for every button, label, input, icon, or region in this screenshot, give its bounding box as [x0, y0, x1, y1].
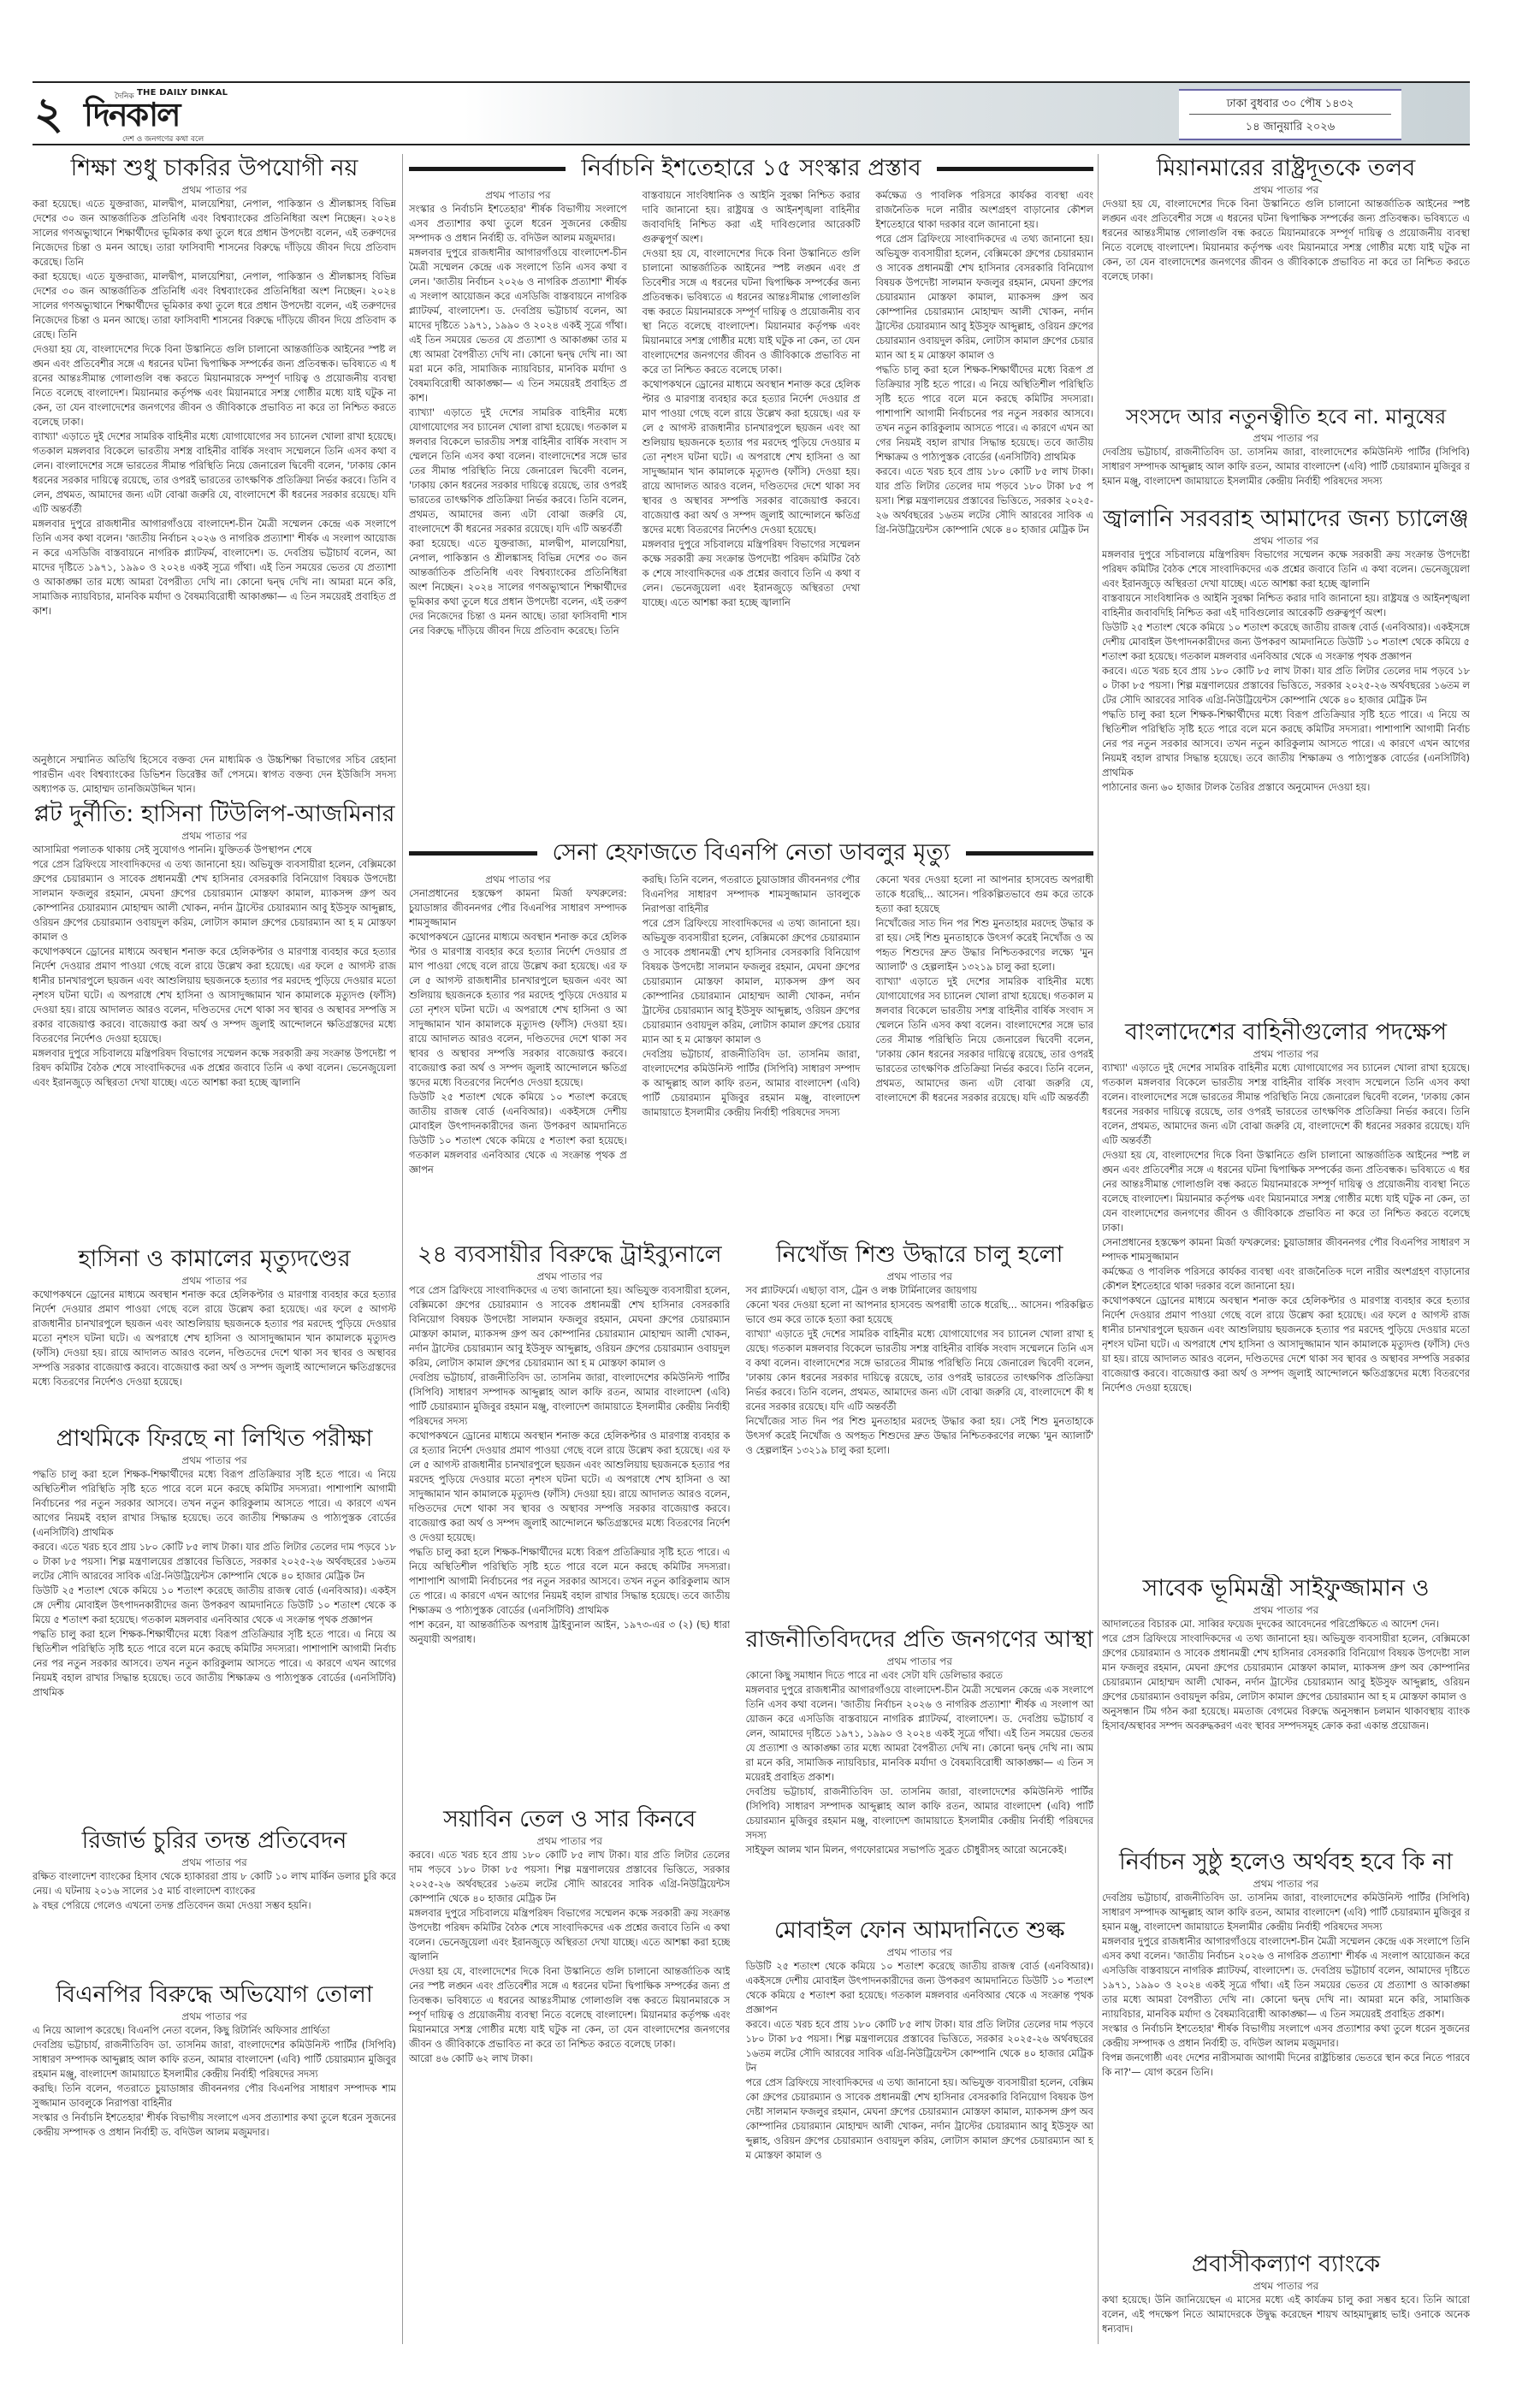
- article-ending: বিপন্ন জনগোষ্ঠী এবং দেশের নারীসমাজ আগামী…: [1102, 2051, 1470, 2080]
- article-body-continued: সেনাপ্রধানের হস্তক্ষেপ কামনা মির্জা ফখরু…: [1102, 1235, 1470, 1264]
- headline[interactable]: ২৪ ব্যবসায়ীর বিরুদ্ধে ট্রাইব্যুনালে: [409, 1240, 730, 1270]
- article-nikhoj[interactable]: নিখোঁজ শিশু উদ্ধারে চালু হলো প্রথম পাতার…: [745, 1240, 1093, 1625]
- article-shiksha[interactable]: শিক্ষা শুধু চাকরির উপযোগী নয় প্রথম পাতা…: [33, 154, 396, 753]
- article-body-continued: করা হয়েছে। এতে যুক্তরাজ্য, মালদ্বীপ, মা…: [33, 269, 396, 342]
- article-body-continued: মঙ্গলবার দুপুরে রাজধানীর আগারগাঁওয়ে বাং…: [33, 517, 396, 619]
- headline[interactable]: নির্বাচন সুষ্ঠু হলেও অর্থবহ হবে কি না: [1102, 1848, 1470, 1877]
- article-ending: অনুসন্ধান টিম গঠন করা হয়েছে। মমতাজ বেগম…: [1102, 1704, 1470, 1733]
- article-body: করবে। এতে খরচ হবে প্রায় ১৮০ কোটি ৮৫ লাখ…: [409, 1848, 730, 1906]
- continued-label: প্রথম পাতার পর: [1102, 183, 1470, 197]
- article-prathomik[interactable]: প্রাথমিকে ফিরছে না লিখিত পরীক্ষা প্রথম প…: [33, 1424, 396, 1827]
- article-songsod[interactable]: সংসদে আর নতুনত্বীতি হবে না. মানুষের প্রথ…: [1102, 402, 1470, 505]
- date-bengali: ঢাকা বুধবার ৩০ পৌষ ১৪৩২: [1189, 91, 1391, 115]
- headline[interactable]: সয়াবিন তেল ও সার কিনবে: [409, 1805, 730, 1834]
- article-body: কথোপকথনে ড্রোনের মাধ্যমে অবস্থান শনাক্ত …: [33, 1288, 396, 1389]
- continued-label: প্রথম পাতার পর: [409, 1270, 730, 1283]
- continued-label: প্রথম পাতার পর: [745, 1270, 1093, 1283]
- article-body-continued: সংস্কার ও নির্বাচনি ইশতেহার' শীর্ষক বিভা…: [33, 2111, 396, 2140]
- column-divider: [1098, 154, 1099, 2344]
- article-body-continued: দেওয়া হয় যে, বাংলাদেশের দিকে বিনা উস্ক…: [33, 342, 396, 429]
- continued-label: প্রথম পাতার পর: [33, 1856, 396, 1869]
- continued-label: প্রথম পাতার পর: [33, 2010, 396, 2023]
- article-body-continued: কর্মক্ষেত্র ও পাবলিক পরিসরে কার্যকর ব্যব…: [1102, 1264, 1470, 1294]
- continued-label: প্রথম পাতার পর: [33, 1454, 396, 1467]
- continued-label: প্রথম পাতার পর: [409, 873, 627, 886]
- right-column: মিয়ানমারের রাষ্ট্রদূতকে তলব প্রথম পাতার…: [1102, 154, 1470, 2361]
- article-nirbachon-sushthu[interactable]: নির্বাচন সুষ্ঠু হলেও অর্থবহ হবে কি না প্…: [1102, 1848, 1470, 2250]
- article-body-continued: কথোপকথনে ড্রোনের মাধ্যমে অবস্থান শনাক্ত …: [33, 944, 396, 1046]
- headline[interactable]: প্রবাসীকল্যাণ ব্যাংকে: [1102, 2250, 1470, 2279]
- article-ending: অনুষ্ঠানে সম্মানিত অতিথি হিসেবে বক্তব্য …: [33, 753, 396, 796]
- headline[interactable]: বিএনপির বিরুদ্ধে অভিযোগ তোলা: [33, 1981, 396, 2010]
- article-body: করছি। তিনি বলেন, গতরাতে চুয়াডাঙ্গার জীব…: [643, 873, 861, 916]
- article-body: সংস্কার ও নির্বাচনি ইশতেহার' শীর্ষক বিভা…: [409, 202, 627, 246]
- article-body-continued: কথোপকথনে ড্রোনের মাধ্যমে অবস্থান শনাক্ত …: [409, 1429, 730, 1545]
- headline[interactable]: নির্বাচনি ইশতেহারে ১৫ সংস্কার প্রস্তাব: [581, 154, 921, 183]
- article-body: দেবপ্রিয় ভট্টাচার্য, রাজনীতিবিদ ডা. তাস…: [745, 1785, 1093, 1843]
- article-ending: ৯ বছর পেরিয়ে গেলেও এখনো তদন্ত প্রতিবেদন…: [33, 1898, 396, 1913]
- article-body: আসামিরা পলাতক থাকায় সেই সুযোগও পাননি। য…: [33, 843, 396, 857]
- article-plot[interactable]: প্লট দুর্নীতি: হাসিনা টিউলিপ-আজমিনার প্র…: [33, 800, 396, 1245]
- headline[interactable]: মিয়ানমারের রাষ্ট্রদূতকে তলব: [1102, 154, 1470, 183]
- continued-label: প্রথম পাতার পর: [409, 188, 627, 202]
- article-column: কেনো খবর দেওয়া হলো না আপনার হাসবেন্ড অপ…: [875, 873, 1093, 1177]
- article-body: মঙ্গলবার দুপুরে রাজধানীর আগারগাঁওয়ে বাং…: [1102, 1934, 1470, 2022]
- article-ending: আরো ৪৬ কোটি ৬২ লাখ টাকা।: [409, 2052, 730, 2066]
- article-body-continued: ব্যাখ্যা' এড়াতে দুই দেশের সামরিক বাহিনী…: [33, 429, 396, 517]
- article-body: দেওয়া হয় যে, বাংলাদেশের দিকে বিনা উস্ক…: [1102, 197, 1470, 284]
- article-body-continued: মঙ্গলবার দুপুরে সচিবালয়ে মন্ত্রিপরিষদ ব…: [33, 1046, 396, 1090]
- article-nirbachoni[interactable]: নির্বাচনি ইশতেহারে ১৫ সংস্কার প্রস্তাব প…: [409, 154, 1093, 838]
- article-ending: নিখোঁজের সাত দিন পর শিশু মুনতাহার মরদেহ …: [745, 1414, 1093, 1458]
- article-body-continued: কেনো খবর দেওয়া হলো না আপনার হাসবেন্ড অপ…: [745, 1298, 1093, 1327]
- article-hasina-kamal[interactable]: হাসিনা ও কামালের মৃত্যুদণ্ডের প্রথম পাতা…: [33, 1245, 396, 1424]
- article-rajnitibid[interactable]: রাজনীতিবিদদের প্রতি জনগণের আস্থা প্রথম প…: [745, 1625, 1093, 1916]
- article-jvalani[interactable]: জ্বালানি সরবরাহ আমাদের জন্য চ্যালেঞ্জ প্…: [1102, 505, 1470, 1018]
- article-body: আদালতের বিচারক মো. সাব্বির ফয়েজ দুদকের …: [1102, 1617, 1470, 1631]
- article-body: সেনাপ্রধানের হস্তক্ষেপ কামনা মির্জা ফখরু…: [409, 886, 627, 930]
- article-body-continued: দেবপ্রিয় ভট্টাচার্য, রাজনীতিবিদ ডা. তাস…: [33, 2038, 396, 2081]
- article-body-continued: কথোপকথনে ড্রোনের মাধ্যমে অবস্থান শনাক্ত …: [409, 930, 627, 1090]
- article-body-continued: দেওয়া হয় যে, বাংলাদেশের দিকে বিনা উস্ক…: [1102, 1148, 1470, 1235]
- left-column: শিক্ষা শুধু চাকরির উপযোগী নয় প্রথম পাতা…: [33, 154, 396, 2306]
- article-body: এ নিয়ে আলাপ করেছে। বিএনপি নেতা বলেন, কি…: [33, 2023, 396, 2038]
- center-column: নির্বাচনি ইশতেহারে ১৫ সংস্কার প্রস্তাব প…: [409, 154, 1093, 2241]
- article-reserve[interactable]: রিজার্ভ চুরির তদন্ত প্রতিবেদন প্রথম পাতা…: [33, 1827, 396, 1981]
- article-body: রক্ষিত বাংলাদেশ ব্যাংকের হিসাব থেকে হ্যা…: [33, 1869, 396, 1898]
- article-probashi[interactable]: প্রবাসীকল্যাণ ব্যাংকে প্রথম পাতার পর কথা…: [1102, 2250, 1470, 2361]
- article-body-continued: সংস্কার ও নির্বাচনি ইশতেহার' শীর্ষক বিভা…: [1102, 2022, 1470, 2051]
- continued-label: প্রথম পাতার পর: [1102, 1603, 1470, 1617]
- newspaper-logo[interactable]: দৈনিক THE DAILY DINKAL দিনকাল দেশ ও জনগণ…: [84, 86, 195, 145]
- article-body-continued: নিখোঁজের সাত দিন পর শিশু মুনতাহার মরদেহ …: [875, 916, 1093, 974]
- headline[interactable]: সংসদে আর নতুনত্বীতি হবে না. মানুষের: [1102, 402, 1470, 431]
- center-lower-left: ২৪ ব্যবসায়ীর বিরুদ্ধে ট্রাইব্যুনালে প্র…: [409, 1240, 730, 2241]
- article-body: করা হয়েছে। এতে যুক্তরাজ্য, মালদ্বীপ, মা…: [33, 197, 396, 269]
- article-body: কোনো কিছু সমাধান দিতে পারে না এবং সেটা য…: [745, 1668, 1093, 1683]
- article-body-continued: ডিউটি ২৫ শতাংশ থেকে কমিয়ে ১০ শতাংশ করেছ…: [33, 1584, 396, 1627]
- masthead: ২ দৈনিক THE DAILY DINKAL দিনকাল দেশ ও জন…: [33, 81, 1470, 145]
- article-column: প্রথম পাতার পর সেনাপ্রধানের হস্তক্ষেপ কা…: [409, 873, 627, 1177]
- article-body: ব্যাখ্যা' এড়াতে দুই দেশের সামরিক বাহিনী…: [1102, 1061, 1470, 1148]
- date-gregorian: ১৪ জানুয়ারি ২০২৬: [1179, 115, 1401, 137]
- article-column: করছি। তিনি বলেন, গতরাতে চুয়াডাঙ্গার জীব…: [643, 873, 861, 1177]
- continued-label: প্রথম পাতার পর: [1102, 534, 1470, 548]
- headline-rule: [409, 167, 566, 171]
- article-ending: পাশ করেন, যা আন্তর্জাতিক অপরাধ ট্রাইব্যু…: [409, 1618, 730, 1647]
- article-body: ডিউটি ২৫ শতাংশ থেকে কমিয়ে ১০ শতাংশ করেছ…: [745, 1959, 1093, 2017]
- headline[interactable]: জ্বালানি সরবরাহ আমাদের জন্য চ্যালেঞ্জ: [1102, 505, 1470, 534]
- headline-row: নির্বাচনি ইশতেহারে ১৫ সংস্কার প্রস্তাব: [409, 154, 1093, 183]
- headline[interactable]: সাবেক ভূমিমন্ত্রী সাইফুজ্জামান ও: [1102, 1574, 1470, 1603]
- article-body: সব প্ল্যাটফর্মে। এছাড়া বাস, ট্রেন ও লঞ্…: [745, 1283, 1093, 1298]
- article-body-continued: ব্যাখ্যা' এড়াতে দুই দেশের সামরিক বাহিনী…: [875, 974, 1093, 1105]
- continued-label: প্রথম পাতার পর: [1102, 1047, 1470, 1061]
- headline[interactable]: প্লট দুর্নীতি: হাসিনা টিউলিপ-আজমিনার: [33, 800, 396, 829]
- logo-tagline: দেশ ও জনগণের কথা বলে: [122, 133, 204, 145]
- article-body-continued: মঙ্গলবার দুপুরে সচিবালয়ে মন্ত্রিপরিষদ ব…: [643, 537, 861, 610]
- headline[interactable]: শিক্ষা শুধু চাকরির উপযোগী নয়: [33, 154, 396, 183]
- column-divider: [402, 154, 403, 2344]
- article-body-continued: করবে। এতে খরচ হবে প্রায় ১৮০ কোটি ৮৫ লাখ…: [875, 465, 1093, 537]
- article-body-continued: করছি। তিনি বলেন, গতরাতে চুয়াডাঙ্গার জীব…: [33, 2081, 396, 2111]
- article-body: দেবপ্রিয় ভট্টাচার্য, রাজনীতিবিদ ডা. তাস…: [1102, 445, 1470, 488]
- article-body-continued: পদ্ধতি চালু করা হলে শিক্ষক-শিক্ষার্থীদের…: [875, 363, 1093, 465]
- article-body-continued: কথোপকথনে ড্রোনের মাধ্যমে অবস্থান শনাক্ত …: [1102, 1294, 1470, 1395]
- article-ending: পাঠানোর জন্য ৬০ হাজার টালক তৈরির প্রস্তা…: [1102, 780, 1470, 795]
- article-mobile[interactable]: মোবাইল ফোন আমদানিতে শুল্ক প্রথম পাতার পর…: [745, 1916, 1093, 2241]
- date-box: ঢাকা বুধবার ৩০ পৌষ ১৪৩২ ১৪ জানুয়ারি ২০২…: [1179, 89, 1401, 140]
- article-sena[interactable]: সেনা হেফাজতে বিএনপি নেতা ডাবলুর মৃত্যু প…: [409, 838, 1093, 1240]
- continued-label: প্রথম পাতার পর: [33, 183, 396, 197]
- headline-rule: [966, 851, 1093, 856]
- headline[interactable]: সেনা হেফাজতে বিএনপি নেতা ডাবলুর মৃত্যু: [553, 838, 951, 867]
- article-body-continued: মঙ্গলবার দুপুরে রাজধানীর আগারগাঁওয়ে বাং…: [409, 246, 627, 406]
- article-soybean[interactable]: সয়াবিন তেল ও সার কিনবে প্রথম পাতার পর ক…: [409, 1805, 730, 2216]
- article-body-continued: পদ্ধতি চালু করা হলে শিক্ষক-শিক্ষার্থীদের…: [409, 1545, 730, 1618]
- article-body-continued: করবে। এতে খরচ হবে প্রায় ১৮০ কোটি ৮৫ লাখ…: [745, 2017, 1093, 2075]
- article-bnp-obhijog[interactable]: বিএনপির বিরুদ্ধে অভিযোগ তোলা প্রথম পাতার…: [33, 1981, 396, 2306]
- continued-label: প্রথম পাতার পর: [1102, 2279, 1470, 2293]
- logo-main-text: দিনকাল: [84, 97, 179, 133]
- continued-label: প্রথম পাতার পর: [33, 829, 396, 843]
- article-body-continued: দেওয়া হয় যে, বাংলাদেশের দিকে বিনা উস্ক…: [643, 246, 861, 377]
- article-ending: সাইফুল আলম খান মিলন, গণফোরামের সভাপতি সু…: [745, 1843, 1093, 1857]
- headline[interactable]: মোবাইল ফোন আমদানিতে শুল্ক: [745, 1916, 1093, 1945]
- continued-label: প্রথম পাতার পর: [745, 1945, 1093, 1959]
- article-body-continued: পরে প্রেস ব্রিফিংয়ে সাংবাদিকদের এ তথ্য …: [33, 857, 396, 944]
- article-body-continued: বাস্তবায়নে সাংবিধানিক ও আইনি সুরক্ষা নি…: [1102, 591, 1470, 620]
- article-body: মঙ্গলবার দুপুরে সচিবালয়ে মন্ত্রিপরিষদ ব…: [1102, 548, 1470, 591]
- headline[interactable]: হাসিনা ও কামালের মৃত্যুদণ্ডের: [33, 1245, 396, 1274]
- article-body-continued: ডিউটি ২৫ শতাংশ থেকে কমিয়ে ১০ শতাংশ করেছ…: [409, 1090, 627, 1177]
- article-body-continued: করবে। এতে খরচ হবে প্রায় ১৮০ কোটি ৮৫ লাখ…: [33, 1540, 396, 1584]
- article-byabosayi[interactable]: ২৪ ব্যবসায়ীর বিরুদ্ধে ট্রাইব্যুনালে প্র…: [409, 1240, 730, 1805]
- headline[interactable]: রিজার্ভ চুরির তদন্ত প্রতিবেদন: [33, 1827, 396, 1856]
- continued-label: প্রথম পাতার পর: [33, 1274, 396, 1288]
- article-myanmar[interactable]: মিয়ানমারের রাষ্ট্রদূতকে তলব প্রথম পাতার…: [1102, 154, 1470, 402]
- article-body-continued: ডিউটি ২৫ শতাংশ থেকে কমিয়ে ১০ শতাংশ করেছ…: [1102, 620, 1470, 664]
- headline[interactable]: নিখোঁজ শিশু উদ্ধারে চালু হলো: [745, 1240, 1093, 1270]
- article-body-continued: পরে প্রেস ব্রিফিংয়ে সাংবাদিকদের এ তথ্য …: [875, 232, 1093, 363]
- article-body-continued: পরে প্রেস ব্রিফিংয়ে সাংবাদিকদের এ তথ্য …: [1102, 1631, 1470, 1704]
- article-body-continued: মঙ্গলবার দুপুরে রাজধানীর আগারগাঁওয়ে বাং…: [745, 1683, 1093, 1785]
- article-body: কেনো খবর দেওয়া হলো না আপনার হাসবেন্ড অপ…: [875, 873, 1093, 916]
- article-body-continued: করবে। এতে খরচ হবে প্রায় ১৮০ কোটি ৮৫ লাখ…: [1102, 664, 1470, 708]
- center-lower-grid: ২৪ ব্যবসায়ীর বিরুদ্ধে ট্রাইব্যুনালে প্র…: [409, 1240, 1093, 2241]
- article-body: কথা হয়েছে। উনি জানিয়েছেন এ মাসের মধ্যে…: [1102, 2293, 1470, 2336]
- center-lower-right: নিখোঁজ শিশু উদ্ধারে চালু হলো প্রথম পাতার…: [745, 1240, 1093, 2241]
- continued-label: প্রথম পাতার পর: [1102, 431, 1470, 445]
- article-body-continued: দেবপ্রিয় ভট্টাচার্য, রাজনীতিবিদ ডা. তাস…: [1102, 1891, 1470, 1934]
- article-body-continued: পদ্ধতি চালু করা হলে শিক্ষক-শিক্ষার্থীদের…: [1102, 708, 1470, 780]
- article-body-continued: কথোপকথনে ড্রোনের মাধ্যমে অবস্থান শনাক্ত …: [643, 377, 861, 537]
- newspaper-page: ২ দৈনিক THE DAILY DINKAL দিনকাল দেশ ও জন…: [33, 81, 1470, 2357]
- article-column: বাস্তবায়নে সাংবিধানিক ও আইনি সুরক্ষা নি…: [643, 188, 861, 638]
- headline[interactable]: বাংলাদেশের বাহিনীগুলোর পদক্ষেপ: [1102, 1018, 1470, 1047]
- article-body: বাস্তবায়নে সাংবিধানিক ও আইনি সুরক্ষা নি…: [643, 188, 861, 246]
- article-body-continued: করা হয়েছে। এতে যুক্তরাজ্য, মালদ্বীপ, মা…: [409, 536, 627, 638]
- page-number: ২: [34, 92, 63, 136]
- article-column: কর্মক্ষেত্র ও পাবলিক পরিসরে কার্যকর ব্যব…: [875, 188, 1093, 638]
- article-body-continued: পদ্ধতি চালু করা হলে শিক্ষক-শিক্ষার্থীদের…: [33, 1627, 396, 1700]
- article-body: কর্মক্ষেত্র ও পাবলিক পরিসরে কার্যকর ব্যব…: [875, 188, 1093, 232]
- article-body-continued: ব্যাখ্যা' এড়াতে দুই দেশের সামরিক বাহিনী…: [745, 1327, 1093, 1414]
- article-body-continued: দেবপ্রিয় ভট্টাচার্য, রাজনীতিবিদ ডা. তাস…: [409, 1371, 730, 1429]
- article-body-continued: মঙ্গলবার দুপুরে সচিবালয়ে মন্ত্রিপরিষদ ব…: [409, 1906, 730, 1964]
- article-body: পদ্ধতি চালু করা হলে শিক্ষক-শিক্ষার্থীদের…: [33, 1467, 396, 1540]
- continued-label: প্রথম পাতার পর: [409, 1834, 730, 1848]
- article-column: প্রথম পাতার পর সংস্কার ও নির্বাচনি ইশতেহ…: [409, 188, 627, 638]
- continued-label: প্রথম পাতার পর: [745, 1655, 1093, 1668]
- headline[interactable]: প্রাথমিকে ফিরছে না লিখিত পরীক্ষা: [33, 1424, 396, 1454]
- article-body-continued: পরে প্রেস ব্রিফিংয়ে সাংবাদিকদের এ তথ্য …: [643, 916, 861, 1047]
- article-bahini[interactable]: বাংলাদেশের বাহিনীগুলোর পদক্ষেপ প্রথম পাত…: [1102, 1018, 1470, 1574]
- headline-rule: [937, 167, 1093, 171]
- continued-label: প্রথম পাতার পর: [1102, 1877, 1470, 1891]
- headline-row: সেনা হেফাজতে বিএনপি নেতা ডাবলুর মৃত্যু: [409, 838, 1093, 867]
- headline[interactable]: রাজনীতিবিদদের প্রতি জনগণের আস্থা: [745, 1625, 1093, 1655]
- headline-rule: [409, 851, 537, 856]
- article-body-continued: পরে প্রেস ব্রিফিংয়ে সাংবাদিকদের এ তথ্য …: [745, 2075, 1093, 2163]
- article-body: পরে প্রেস ব্রিফিংয়ে সাংবাদিকদের এ তথ্য …: [409, 1283, 730, 1371]
- article-body-continued: দেওয়া হয় যে, বাংলাদেশের দিকে বিনা উস্ক…: [409, 1964, 730, 2052]
- article-body-continued: দেবপ্রিয় ভট্টাচার্য, রাজনীতিবিদ ডা. তাস…: [643, 1047, 861, 1120]
- article-saifuzzaman[interactable]: সাবেক ভূমিমন্ত্রী সাইফুজ্জামান ও প্রথম প…: [1102, 1574, 1470, 1848]
- article-body-continued: ব্যাখ্যা' এড়াতে দুই দেশের সামরিক বাহিনী…: [409, 406, 627, 536]
